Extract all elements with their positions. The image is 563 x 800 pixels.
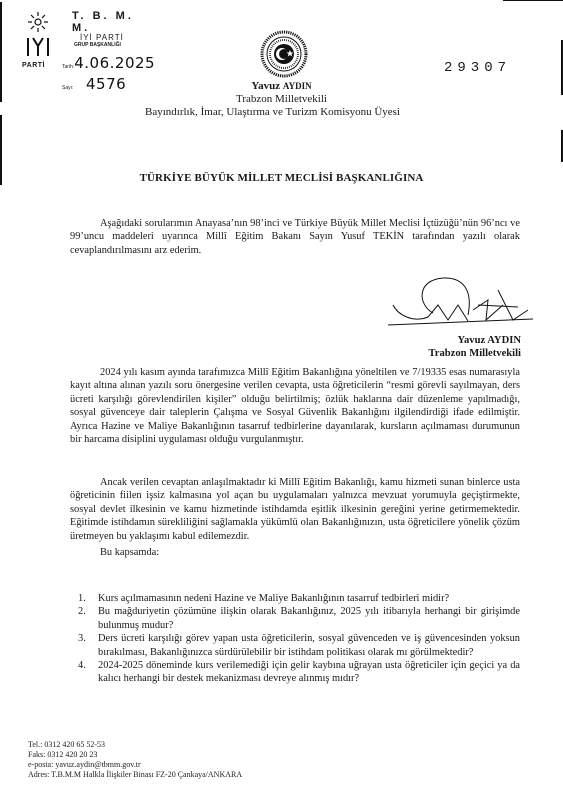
question-list: 1.Kurs açılmamasının nedeni Hazine ve Ma… — [78, 592, 520, 686]
stamp-date-value: 4.06.2025 — [74, 54, 155, 72]
mp-last-name: AYDIN — [283, 81, 312, 91]
party-logo: PARTİ — [22, 10, 54, 70]
mp-name: Yavuz AYDIN — [0, 80, 563, 93]
stamp-institution: T. B. M. M. — [72, 10, 152, 34]
body-paragraph: 2024 yılı kasım ayında tarafımızca Millî… — [70, 366, 520, 446]
stamp-party: İYİ PARTİ — [80, 34, 152, 42]
intro-paragraph: Aşağıdaki sorularımın Anayasa’nın 98’inc… — [70, 217, 520, 257]
footer-phone: Tel.: 0312 420 65 52-53 — [28, 740, 242, 750]
document-number: 29307 — [444, 60, 511, 76]
signature — [378, 275, 538, 330]
sun-emblem-icon — [22, 10, 54, 60]
mp-commission: Bayındırlık, İmar, Ulaştırma ve Turizm K… — [0, 106, 563, 119]
letterhead: Yavuz AYDIN Trabzon Milletvekili Bayındı… — [0, 80, 563, 119]
question-item: 3.Ders ücreti karşılığı görev yapan usta… — [78, 632, 520, 659]
scan-edge-left — [0, 0, 2, 800]
question-item: 1.Kurs açılmamasının nedeni Hazine ve Ma… — [78, 592, 520, 605]
scan-edge-top — [503, 0, 563, 1]
signature-block: Yavuz AYDIN Trabzon Milletvekili — [429, 334, 522, 360]
signature-name: Yavuz AYDIN — [429, 334, 522, 347]
addressee: TÜRKİYE BÜYÜK MİLLET MECLİSİ BAŞKANLIĞIN… — [0, 172, 563, 184]
mp-first-name: Yavuz — [251, 80, 280, 92]
question-item: 4.2024-2025 döneminde kurs verilemediği … — [78, 659, 520, 686]
question-item: 2.Bu mağduriyetin çözümüne ilişkin olara… — [78, 605, 520, 632]
footer-address: Adres: T.B.M.M Halkla İlişkiler Binası F… — [28, 770, 242, 780]
scope-line: Bu kapsamda: — [70, 546, 520, 559]
contact-footer: Tel.: 0312 420 65 52-53 Faks: 0312 420 2… — [28, 740, 242, 780]
mp-title: Trabzon Milletvekili — [0, 93, 563, 106]
party-logo-text: PARTİ — [22, 62, 45, 69]
stamp-date-label: Tarih: — [62, 64, 74, 70]
footer-email[interactable]: e-posta: yavuz.aydin@tbmm.gov.tr — [28, 760, 242, 770]
footer-fax: Faks: 0312 420 20 23 — [28, 750, 242, 760]
body-paragraph: Ancak verilen cevaptan anlaşılmaktadır k… — [70, 476, 520, 543]
signature-title: Trabzon Milletvekili — [429, 347, 522, 360]
stamp-office: GRUP BAŞKANLIĞI — [74, 42, 152, 48]
tbmm-emblem-icon — [260, 30, 308, 78]
